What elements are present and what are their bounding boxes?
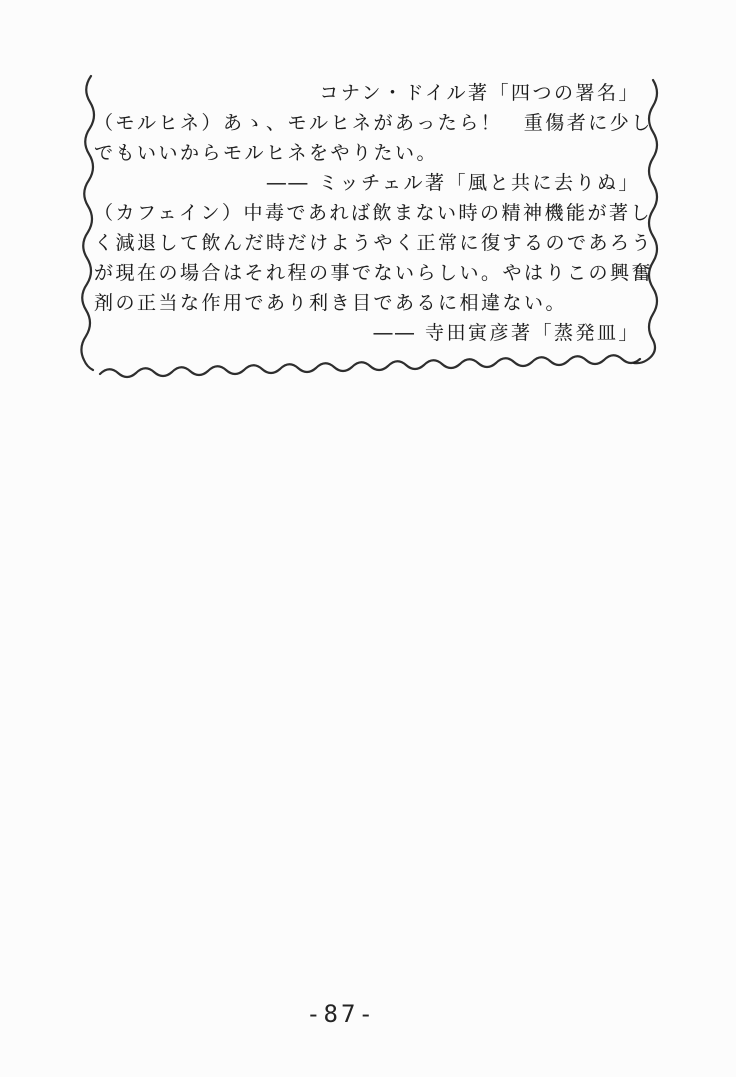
quote-line-caffeine-2: く減退して飲んだ時だけようやく正常に復するのであろう [94, 228, 646, 258]
quote-line-morphine-1: （モルヒネ）あゝ、モルヒネがあったら！ 重傷者に少し [94, 108, 646, 138]
wavy-border-bottom [100, 355, 640, 377]
quote-box: コナン・ドイル著「四つの署名」 （モルヒネ）あゝ、モルヒネがあったら！ 重傷者に… [76, 70, 668, 388]
quote-line-caffeine-3: が現在の場合はそれ程の事でないらしい。やはりこの興奮 [94, 258, 646, 288]
quote-lines: コナン・ドイル著「四つの署名」 （モルヒネ）あゝ、モルヒネがあったら！ 重傷者に… [94, 78, 646, 348]
page-number: -87- [296, 1000, 386, 1028]
quote-attribution-doyle: コナン・ドイル著「四つの署名」 [94, 78, 646, 108]
quote-line-caffeine-4: 剤の正当な作用であり利き目であるに相違ない。 [94, 288, 646, 318]
quote-attribution-mitchell: ―― ミッチェル著「風と共に去りぬ」 [94, 168, 646, 198]
quote-line-caffeine-1: （カフェイン）中毒であれば飲まない時の精神機能が著し [94, 198, 646, 228]
document-page: コナン・ドイル著「四つの署名」 （モルヒネ）あゝ、モルヒネがあったら！ 重傷者に… [0, 0, 736, 1077]
quote-line-morphine-2: でもいいからモルヒネをやりたい。 [94, 138, 646, 168]
quote-attribution-terada: ―― 寺田寅彦著「蒸発皿」 [94, 318, 646, 348]
wavy-border-left [81, 76, 94, 370]
